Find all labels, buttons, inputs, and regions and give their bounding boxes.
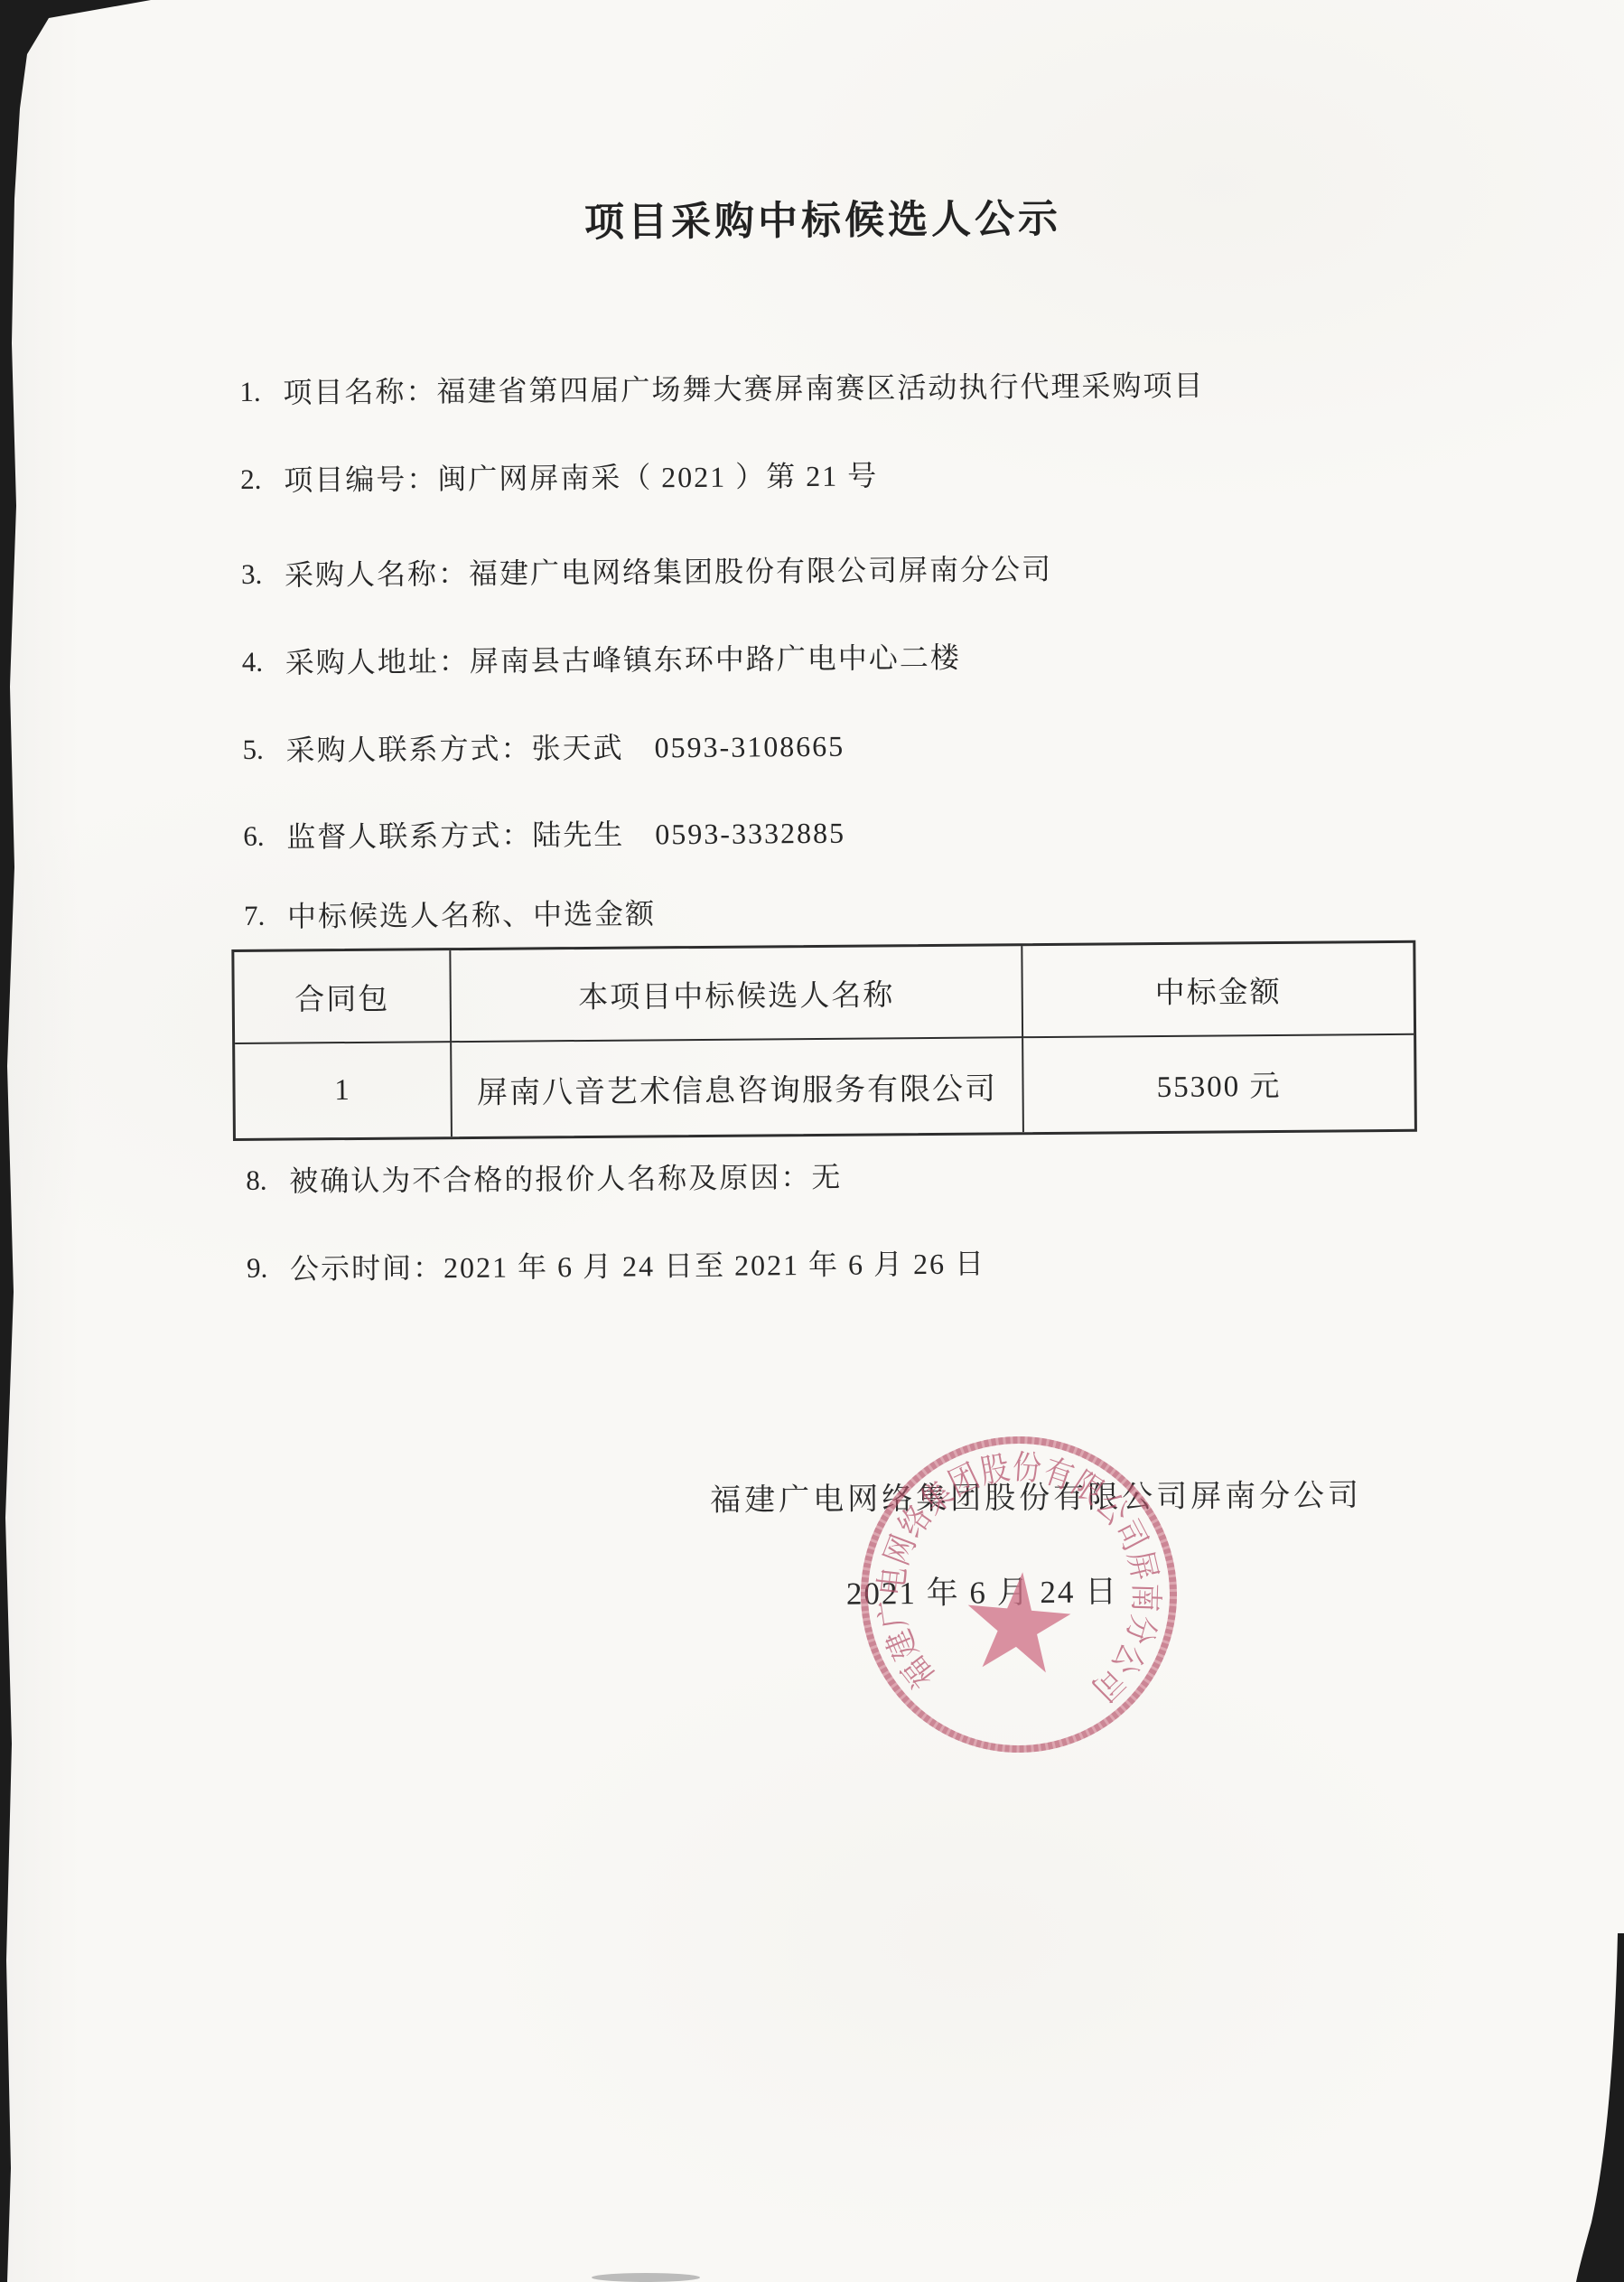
page-title: 项目采购中标候选人公示: [29, 182, 1617, 252]
list-item-3: 3. 采购人名称：福建广电网络集团股份有限公司屏南分公司: [241, 551, 1052, 594]
list-item-9: 9. 公示时间：2021 年 6 月 24 日至 2021 年 6 月 26 日: [247, 1245, 985, 1286]
item-number: 6.: [243, 819, 286, 855]
list-item-8: 8. 被确认为不合格的报价人名称及原因：无: [246, 1159, 842, 1200]
item-number: 4.: [242, 645, 285, 680]
item-number: 3.: [241, 557, 285, 593]
list-item-2: 2. 项目编号：闽广网屏南采（ 2021 ）第 21 号: [240, 457, 878, 499]
list-item-4: 4. 采购人地址：屏南县古峰镇东环中路广电中心二楼: [242, 640, 961, 681]
table-header-candidate-name: 本项目中标候选人名称: [451, 946, 1023, 1043]
table-cell-amount: 55300 元: [1023, 1035, 1414, 1132]
bid-candidates-table: 合同包 本项目中标候选人名称 中标金额 1 屏南八音艺术信息咨询服务有限公司 5…: [231, 940, 1417, 1141]
item-text: 采购人联系方式：张天武 0593-3108665: [285, 728, 845, 769]
signature-company: 福建广电网络集团股份有限公司屏南分公司: [710, 1470, 1362, 1520]
table-header-package: 合同包: [234, 950, 452, 1044]
item-number: 9.: [247, 1251, 290, 1286]
scanned-document-page: 福建广电网络集团股份有限公司屏南分公司 项目采购中标候选人公示 1. 项目名称：…: [0, 0, 1624, 2282]
item-number: 5.: [242, 733, 285, 768]
item-text: 监督人联系方式：陆先生 0593-3332885: [286, 815, 845, 856]
item-number: 7.: [244, 899, 287, 934]
table-header-amount: 中标金额: [1022, 943, 1414, 1038]
item-text: 采购人名称：福建广电网络集团股份有限公司屏南分公司: [285, 551, 1052, 594]
list-item-6: 6. 监督人联系方式：陆先生 0593-3332885: [243, 815, 845, 856]
signature-date: 2021 年 6 月 24 日: [846, 1567, 1119, 1613]
item-number: 8.: [246, 1164, 289, 1199]
item-text: 采购人地址：屏南县古峰镇东环中路广电中心二楼: [285, 640, 961, 681]
item-number: 1.: [239, 375, 283, 410]
table-cell-candidate-name: 屏南八音艺术信息咨询服务有限公司: [452, 1038, 1024, 1136]
list-item-5: 5. 采购人联系方式：张天武 0593-3108665: [242, 728, 845, 769]
document-content: 项目采购中标候选人公示 1. 项目名称：福建省第四届广场舞大赛屏南赛区活动执行代…: [0, 0, 1624, 2282]
item-text: 项目编号：闽广网屏南采（ 2021 ）第 21 号: [284, 457, 878, 498]
item-text: 项目名称：福建省第四届广场舞大赛屏南赛区活动执行代理采购项目: [283, 368, 1204, 411]
item-number: 2.: [240, 463, 284, 498]
list-item-7: 7. 中标候选人名称、中选金额: [244, 895, 656, 935]
list-item-1: 1. 项目名称：福建省第四届广场舞大赛屏南赛区活动执行代理采购项目: [239, 368, 1204, 411]
table-cell-package: 1: [235, 1043, 453, 1138]
item-text: 中标候选人名称、中选金额: [287, 895, 656, 934]
item-text: 公示时间：2021 年 6 月 24 日至 2021 年 6 月 26 日: [290, 1245, 985, 1286]
item-text: 被确认为不合格的报价人名称及原因：无: [289, 1159, 842, 1200]
